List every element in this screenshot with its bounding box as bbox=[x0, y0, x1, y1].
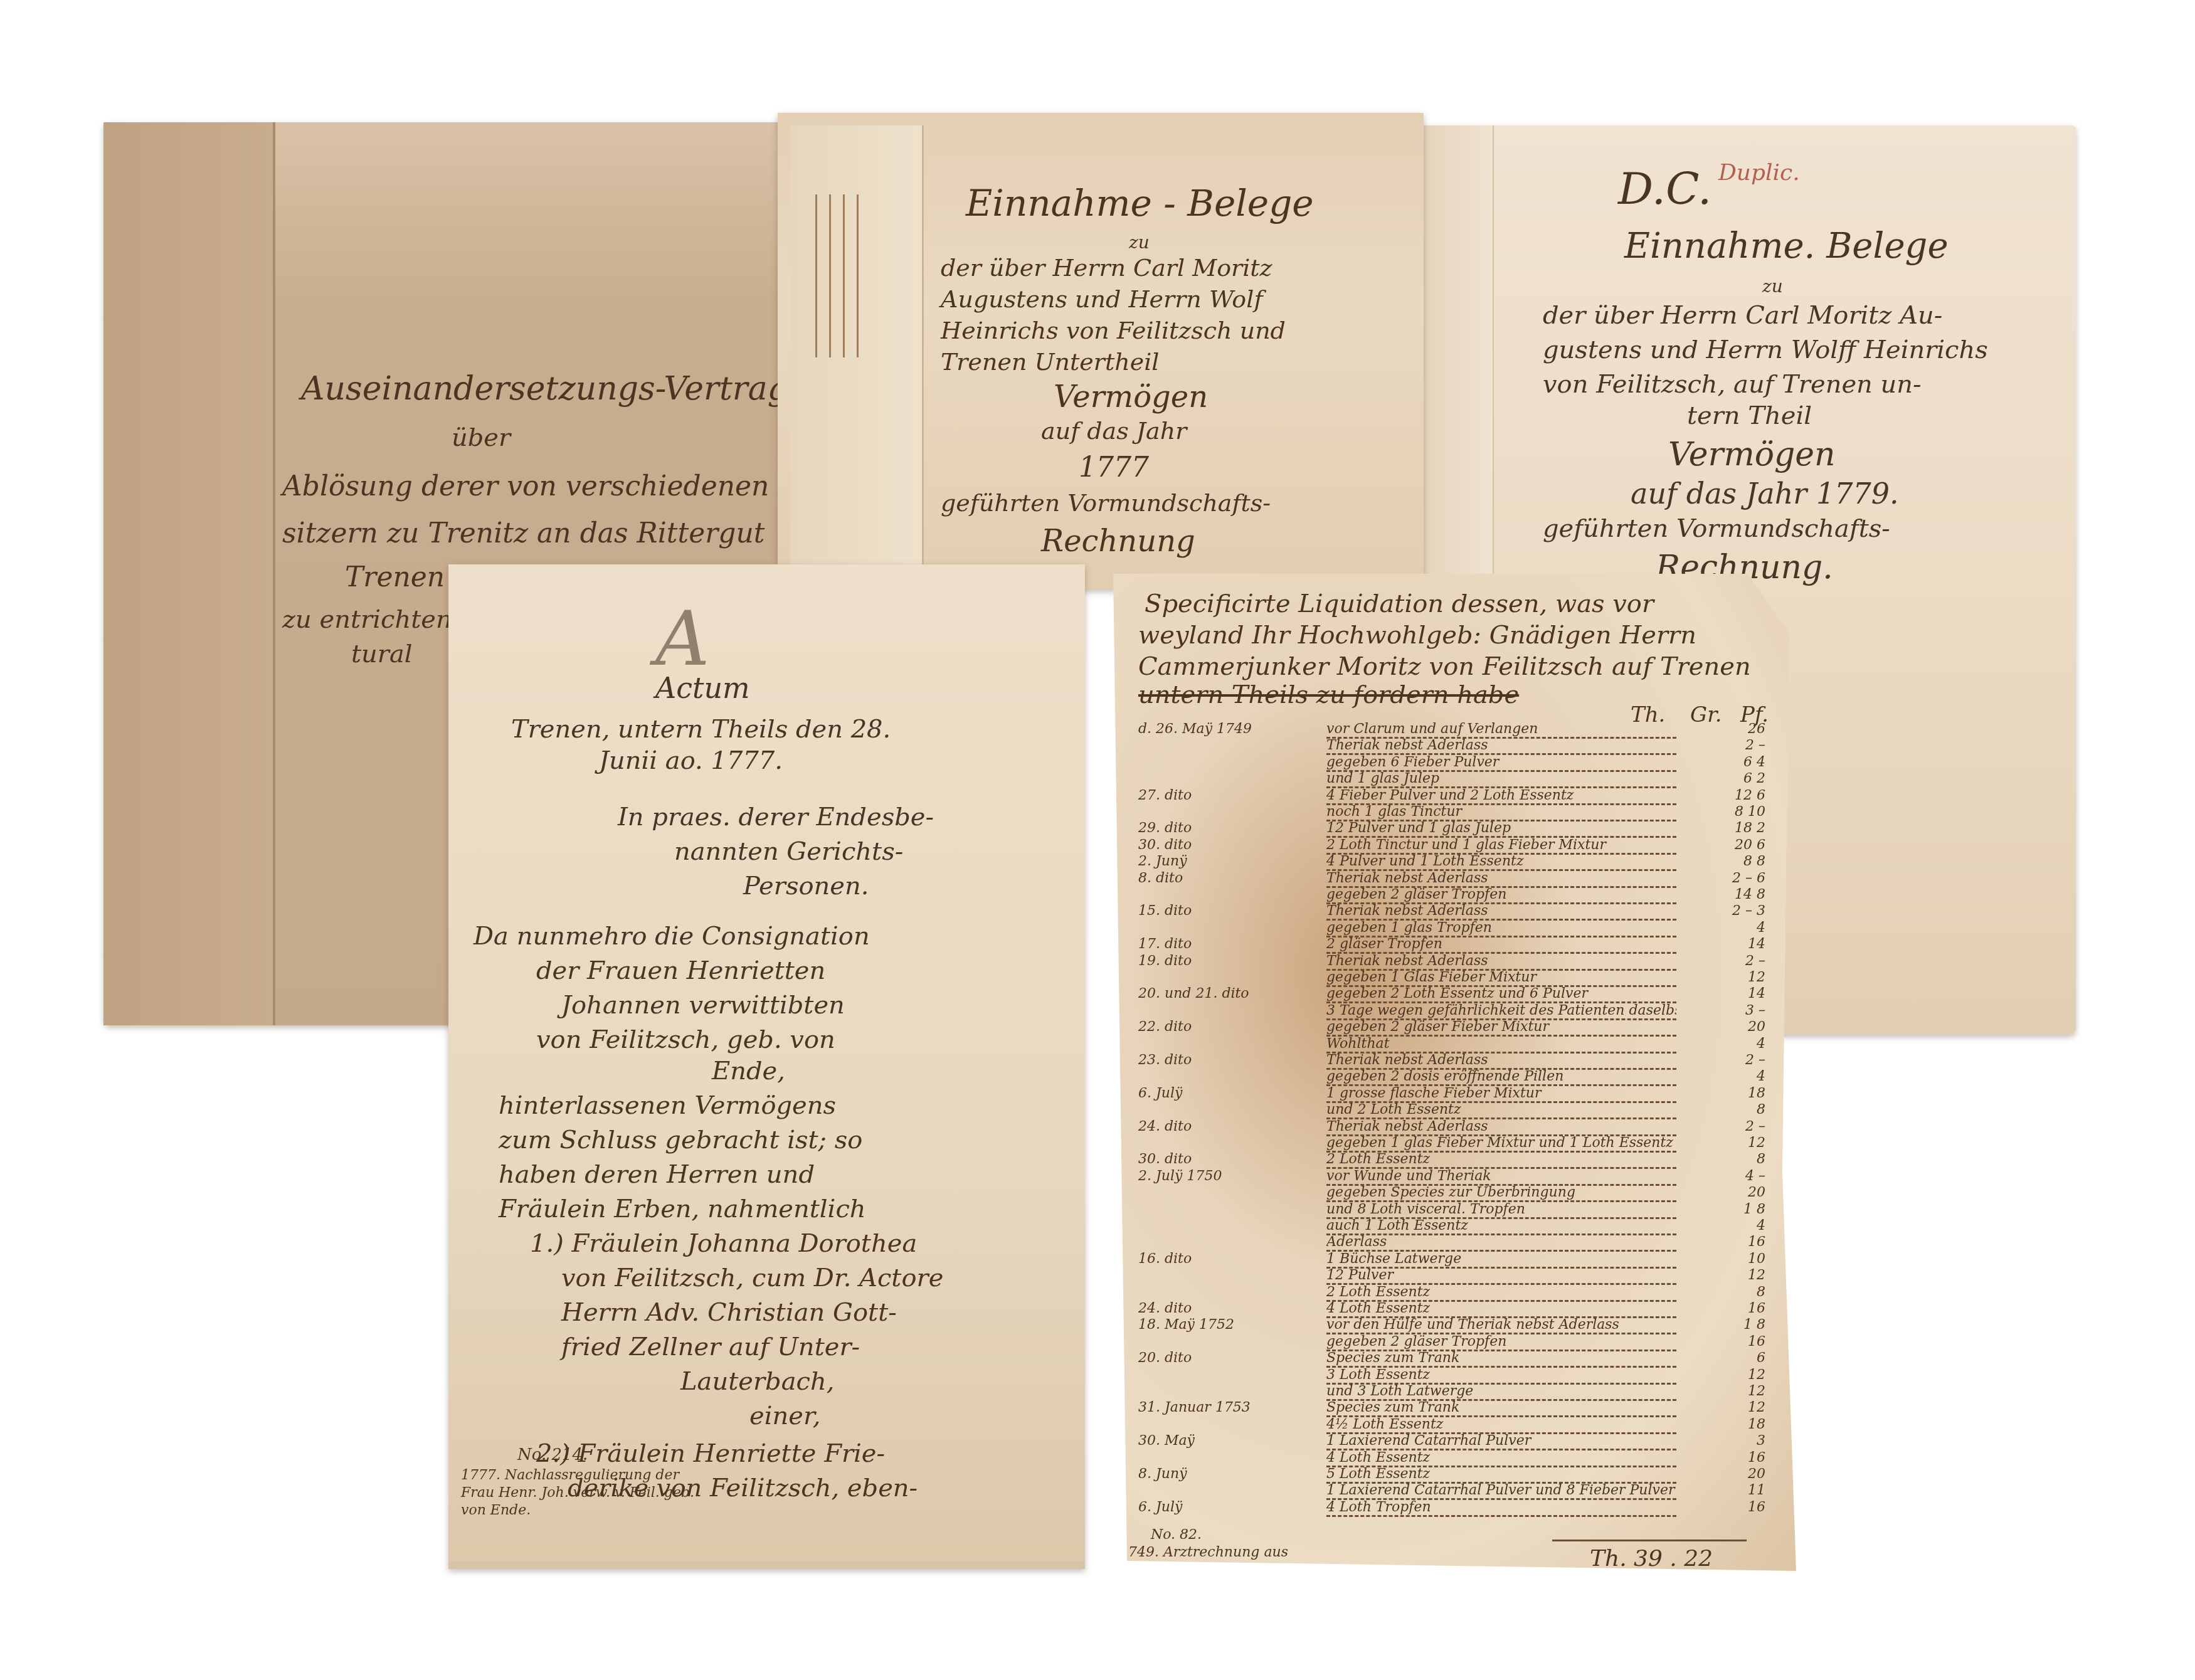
ledger-title-line: Cammerjunker Moritz von Feilitzsch auf T… bbox=[1138, 652, 1751, 681]
ledger-description: vor Clarum und auf Verlangen bbox=[1326, 721, 1676, 739]
document-line: der über Herrn Carl Moritz Au- bbox=[1543, 301, 1942, 330]
archive-note-line: 1777. Nachlassregulierung der bbox=[461, 1467, 679, 1483]
ledger-description: gegeben Species zur Überbringung bbox=[1326, 1185, 1676, 1202]
ledger-date: 22. dito bbox=[1138, 1019, 1326, 1037]
ledger-description: Theriak nebst Aderlass bbox=[1326, 903, 1676, 921]
ledger-date bbox=[1138, 754, 1326, 772]
ledger-row: auch 1 Loth Essentz4 bbox=[1138, 1218, 1765, 1235]
document-line: In praes. derer Endesbe- bbox=[618, 803, 934, 832]
document-line: auf das Jahr 1779. bbox=[1631, 477, 1899, 510]
ledger-description: 4 Loth Essentz bbox=[1326, 1301, 1676, 1318]
ledger-row: 8. Junÿ5 Loth Essentz20 bbox=[1138, 1466, 1765, 1484]
document-line: von Feilitzsch, auf Trenen un- bbox=[1543, 370, 1922, 399]
ledger-amount: 12 bbox=[1684, 1367, 1765, 1385]
document-line: Lauterbach, bbox=[680, 1367, 834, 1396]
ledger-row: noch 1 glas Tinctur8 10 bbox=[1138, 804, 1765, 822]
ledger-date bbox=[1138, 1202, 1326, 1219]
ledger-amount: 12 6 bbox=[1684, 788, 1765, 805]
ledger-row: 6. Julÿ4 Loth Tropfen16 bbox=[1138, 1499, 1765, 1517]
ledger-date bbox=[1138, 771, 1326, 788]
folder-flap bbox=[103, 122, 275, 1025]
archive-note-line: von Ende. bbox=[461, 1503, 531, 1518]
ledger-row: gegeben 6 Fieber Pulver6 4 bbox=[1138, 754, 1765, 772]
ledger-date: 8. Junÿ bbox=[1138, 1466, 1326, 1484]
document-line: hinterlassenen Vermögens bbox=[499, 1091, 836, 1120]
document-line: zu bbox=[1762, 276, 1783, 297]
document-line: Trenen, untern Theils den 28. bbox=[511, 715, 891, 744]
document-line: Vermögen bbox=[1054, 379, 1208, 415]
ledger-row: Wohlthat4 bbox=[1138, 1036, 1765, 1054]
ledger-date: 27. dito bbox=[1138, 788, 1326, 805]
ledger-row: 19. ditoTheriak nebst Aderlass2 – bbox=[1138, 953, 1765, 971]
ledger-row: gegeben 2 gläser Tropfen14 8 bbox=[1138, 887, 1765, 904]
ledger-row: 12 Pulver12 bbox=[1138, 1267, 1765, 1285]
document-line: 1.) Fräulein Johanna Dorothea bbox=[530, 1229, 917, 1258]
ledger-description: 3 Loth Essentz bbox=[1326, 1367, 1676, 1385]
ledger-description: 2 Loth Essentz bbox=[1326, 1284, 1676, 1302]
document-line: Johannen verwittibten bbox=[561, 991, 845, 1020]
ledger-row: 3 Tage wegen gefährlichkeit des Patiente… bbox=[1138, 1003, 1765, 1020]
document-actum-1777: A Actum Trenen, untern Theils den 28. Ju… bbox=[448, 564, 1085, 1569]
ledger-row: 3 Loth Essentz12 bbox=[1138, 1367, 1765, 1385]
ledger-row: 17. dito2 gläser Tropfen14 bbox=[1138, 936, 1765, 954]
ledger-row: 29. dito12 Pulver und 1 glas Julep18 2 bbox=[1138, 820, 1765, 838]
ledger-date bbox=[1138, 1417, 1326, 1434]
ledger-date bbox=[1138, 1003, 1326, 1020]
ledger-description: gegeben 2 dosis eröffnende Pillen bbox=[1326, 1069, 1676, 1086]
ledger-description: 4 Fieber Pulver und 2 Loth Essentz bbox=[1326, 788, 1676, 805]
document-line: Fräulein Erben, nahmentlich bbox=[499, 1195, 866, 1223]
ledger-row: 4 Loth Essentz16 bbox=[1138, 1450, 1765, 1467]
ledger-title-line: Specificirte Liquidation dessen, was vor bbox=[1145, 589, 1654, 618]
ledger-title-line: untern Theils zu fordern habe bbox=[1138, 680, 1519, 709]
document-heading: Actum bbox=[655, 671, 750, 705]
ledger-amount: 16 bbox=[1684, 1301, 1765, 1318]
ledger-amount: 1 8 bbox=[1684, 1317, 1765, 1334]
ledger-row: 4½ Loth Essentz18 bbox=[1138, 1417, 1765, 1434]
ledger-row: 30. Maÿ1 Laxierend Catarrhal Pulver3 bbox=[1138, 1433, 1765, 1450]
ledger-amount: 18 bbox=[1684, 1086, 1765, 1103]
document-line: Da nunmehro die Consignation bbox=[473, 922, 870, 951]
ledger-description: 3 Tage wegen gefährlichkeit des Patiente… bbox=[1326, 1003, 1676, 1020]
ledger-amount: 12 bbox=[1684, 1400, 1765, 1417]
ledger-date bbox=[1138, 1284, 1326, 1302]
ledger-description: 4½ Loth Essentz bbox=[1326, 1417, 1676, 1434]
ledger-description: noch 1 glas Tinctur bbox=[1326, 804, 1676, 822]
document-line: Ende, bbox=[712, 1057, 785, 1086]
ledger-description: 2 Loth Tinctur und 1 glas Fieber Mixtur bbox=[1326, 837, 1676, 855]
ledger-date bbox=[1138, 1234, 1326, 1252]
ledger-amount: 11 bbox=[1684, 1482, 1765, 1500]
ledger-amount: 18 bbox=[1684, 1417, 1765, 1434]
ledger-row: und 3 Loth Latwerge12 bbox=[1138, 1383, 1765, 1401]
ledger-row: gegeben 1 glas Tropfen4 bbox=[1138, 920, 1765, 938]
ledger-amount: 2 – 6 bbox=[1684, 870, 1765, 888]
ledger-row: 2. Junÿ4 Pulver und 1 Loth Essentz8 8 bbox=[1138, 853, 1765, 871]
ledger-amount: 8 10 bbox=[1684, 804, 1765, 822]
ledger-row: 24. dito4 Loth Essentz16 bbox=[1138, 1301, 1765, 1318]
ledger-description: 1 Laxierend Catarrhal Pulver und 8 Fiebe… bbox=[1326, 1482, 1676, 1500]
ledger-description: 1 Laxierend Catarrhal Pulver bbox=[1326, 1433, 1676, 1450]
ledger-amount: 2 – bbox=[1684, 737, 1765, 755]
ledger-amount: 8 bbox=[1684, 1284, 1765, 1302]
document-line: geführten Vormundschafts- bbox=[1543, 514, 1890, 543]
ledger-date: 2. Julÿ 1750 bbox=[1138, 1168, 1326, 1186]
ledger-date: 18. Maÿ 1752 bbox=[1138, 1317, 1326, 1334]
document-einnahme-belege-1777: Einnahme - Belege zu der über Herrn Carl… bbox=[778, 113, 1424, 589]
ledger-row: 8. ditoTheriak nebst Aderlass2 – 6 bbox=[1138, 870, 1765, 888]
document-title: Auseinandersetzungs-Vertrag bbox=[301, 370, 788, 408]
document-line: Rechnung bbox=[1041, 524, 1195, 559]
archive-number: No. 214. bbox=[517, 1445, 588, 1464]
ledger-description: und 2 Loth Essentz bbox=[1326, 1102, 1676, 1119]
ledger-amount: 4 bbox=[1684, 1218, 1765, 1235]
ledger-date: 2. Junÿ bbox=[1138, 853, 1326, 871]
ledger-row: 22. ditogegeben 2 gläser Fieber Mixtur20 bbox=[1138, 1019, 1765, 1037]
ledger-description: gegeben 1 Glas Fieber Mixtur bbox=[1326, 969, 1676, 987]
ledger-amount: 2 – 3 bbox=[1684, 903, 1765, 921]
ledger-description: und 1 glas Julep bbox=[1326, 771, 1676, 788]
ledger-date: 29. dito bbox=[1138, 820, 1326, 838]
ledger-row: 6. Julÿ1 grosse flasche Fieber Mixtur18 bbox=[1138, 1086, 1765, 1103]
ledger-description: 1 Büchse Latwerge bbox=[1326, 1251, 1676, 1269]
ledger-amount: 20 bbox=[1684, 1185, 1765, 1202]
ledger-date bbox=[1138, 1069, 1326, 1086]
ledger-description: Wohlthat bbox=[1326, 1036, 1676, 1054]
ledger-date: 17. dito bbox=[1138, 936, 1326, 954]
folded-spine bbox=[790, 125, 924, 583]
ledger-amount: 14 8 bbox=[1684, 887, 1765, 904]
ledger-date: d. 26. Maÿ 1749 bbox=[1138, 721, 1326, 739]
ledger-description: 4 Loth Essentz bbox=[1326, 1450, 1676, 1467]
document-line: von Feilitzsch, cum Dr. Actore bbox=[561, 1264, 943, 1292]
ledger-date: 20. dito bbox=[1138, 1350, 1326, 1368]
ledger-row: 1 Laxierend Catarrhal Pulver und 8 Fiebe… bbox=[1138, 1482, 1765, 1500]
ledger-row: 23. ditoTheriak nebst Aderlass2 – bbox=[1138, 1052, 1765, 1070]
ledger-row: und 8 Loth visceral. Tropfen1 8 bbox=[1138, 1202, 1765, 1219]
ledger-description: Theriak nebst Aderlass bbox=[1326, 1119, 1676, 1136]
ledger-date: 24. dito bbox=[1138, 1301, 1326, 1318]
ledger-description: und 8 Loth visceral. Tropfen bbox=[1326, 1202, 1676, 1219]
monogram: D.C. bbox=[1618, 163, 1711, 214]
ledger-row: 24. ditoTheriak nebst Aderlass2 – bbox=[1138, 1119, 1765, 1136]
ledger-date bbox=[1138, 1218, 1326, 1235]
ledger-date bbox=[1138, 1367, 1326, 1385]
ledger-description: 2 gläser Tropfen bbox=[1326, 936, 1676, 954]
archive-number: No. 82. bbox=[1151, 1527, 1202, 1543]
ledger-row: d. 26. Maÿ 1749vor Clarum und auf Verlan… bbox=[1138, 721, 1765, 739]
document-line: Junii ao. 1777. bbox=[599, 746, 783, 775]
ledger-description: 1 grosse flasche Fieber Mixtur bbox=[1326, 1086, 1676, 1103]
document-line: zum Schluss gebracht ist; so bbox=[499, 1126, 862, 1154]
ledger-amount: 16 bbox=[1684, 1334, 1765, 1351]
ledger-description: gegeben 2 gläser Fieber Mixtur bbox=[1326, 1019, 1676, 1037]
ledger-description: gegeben 1 glas Tropfen bbox=[1326, 920, 1676, 938]
ledger-amount: 2 – bbox=[1684, 1052, 1765, 1070]
ledger-row: 30. dito2 Loth Tinctur und 1 glas Fieber… bbox=[1138, 837, 1765, 855]
document-heading: Einnahme - Belege bbox=[966, 182, 1314, 225]
ledger-row: 31. Januar 1753Species zum Trank12 bbox=[1138, 1400, 1765, 1417]
ledger-row: 30. dito2 Loth Essentz8 bbox=[1138, 1151, 1765, 1169]
ledger-date bbox=[1138, 969, 1326, 987]
document-line: nannten Gerichts- bbox=[674, 837, 903, 866]
ledger-date: 30. dito bbox=[1138, 1151, 1326, 1169]
ledger-amount: 16 bbox=[1684, 1450, 1765, 1467]
document-line: der über Herrn Carl Moritz bbox=[941, 254, 1272, 282]
document-line: Personen. bbox=[743, 872, 869, 901]
ledger-amount: 2 – bbox=[1684, 1119, 1765, 1136]
ledger-date: 30. dito bbox=[1138, 837, 1326, 855]
ledger-row: 18. Maÿ 1752vor den Hülfe und Theriak ne… bbox=[1138, 1317, 1765, 1334]
ledger-row: und 1 glas Julep6 2 bbox=[1138, 771, 1765, 788]
ledger-row: 20. und 21. ditogegeben 2 Loth Essentz u… bbox=[1138, 986, 1765, 1003]
ledger-date: 6. Julÿ bbox=[1138, 1499, 1326, 1517]
ledger-row: 20. ditoSpecies zum Trank6 bbox=[1138, 1350, 1765, 1368]
ledger-description: Theriak nebst Aderlass bbox=[1326, 953, 1676, 971]
ledger-amount: 6 2 bbox=[1684, 771, 1765, 788]
document-specificirte-liquidation: Specificirte Liquidation dessen, was vor… bbox=[1113, 574, 1803, 1571]
document-line: haben deren Herren und bbox=[499, 1160, 815, 1189]
ledger-date: 19. dito bbox=[1138, 953, 1326, 971]
ledger-description: Species zum Trank bbox=[1326, 1400, 1676, 1417]
ledger-date bbox=[1138, 920, 1326, 938]
ledger-date bbox=[1138, 1267, 1326, 1285]
ledger-date: 8. dito bbox=[1138, 870, 1326, 888]
document-line: über bbox=[452, 423, 510, 452]
ledger-row: 2. Julÿ 1750vor Wunde und Theriak4 – bbox=[1138, 1168, 1765, 1186]
ledger-description: 2 Loth Essentz bbox=[1326, 1151, 1676, 1169]
ledger-row: 2 Loth Essentz8 bbox=[1138, 1284, 1765, 1302]
ledger-date bbox=[1138, 804, 1326, 822]
ledger-row: und 2 Loth Essentz8 bbox=[1138, 1102, 1765, 1119]
ledger-description: Theriak nebst Aderlass bbox=[1326, 1052, 1676, 1070]
archive-note-line: Frau Henr. Joh. verw. v. Feil. geb. bbox=[461, 1485, 694, 1501]
ledger-description: Theriak nebst Aderlass bbox=[1326, 737, 1676, 755]
ledger-amount: 12 bbox=[1684, 1267, 1765, 1285]
document-line: tural bbox=[351, 640, 413, 668]
ledger-date bbox=[1138, 1334, 1326, 1351]
ledger-amount: 16 bbox=[1684, 1499, 1765, 1517]
ledger-description: 12 Pulver und 1 glas Julep bbox=[1326, 820, 1676, 838]
ledger-date bbox=[1138, 1185, 1326, 1202]
ledger-amount: 10 bbox=[1684, 1251, 1765, 1269]
ledger-date bbox=[1138, 887, 1326, 904]
ledger-amount: 8 bbox=[1684, 1151, 1765, 1169]
document-line: zu bbox=[1129, 232, 1150, 253]
ledger-amount: 4 bbox=[1684, 1069, 1765, 1086]
document-heading: Einnahme. Belege bbox=[1624, 226, 1949, 267]
document-line: Augustens und Herrn Wolf bbox=[941, 285, 1262, 313]
ledger-amount: 20 bbox=[1684, 1466, 1765, 1484]
ledger-date bbox=[1138, 1482, 1326, 1500]
document-line: einer, bbox=[749, 1402, 820, 1430]
ledger-date bbox=[1138, 1135, 1326, 1153]
ledger-description: Species zum Trank bbox=[1326, 1350, 1676, 1368]
ledger-date bbox=[1138, 1450, 1326, 1467]
flourish-initial: A bbox=[655, 596, 710, 683]
ledger-date bbox=[1138, 737, 1326, 755]
ledger-amount: 4 – bbox=[1684, 1168, 1765, 1186]
ledger-date: 16. dito bbox=[1138, 1251, 1326, 1269]
ledger-amount: 4 bbox=[1684, 920, 1765, 938]
ledger-row: Aderlass16 bbox=[1138, 1234, 1765, 1252]
ledger-row: Theriak nebst Aderlass2 – bbox=[1138, 737, 1765, 755]
ledger-amount: 12 bbox=[1684, 1383, 1765, 1401]
archive-note-line: Oberau a. Weida. bbox=[1126, 1562, 1246, 1578]
ledger-date: 23. dito bbox=[1138, 1052, 1326, 1070]
ledger-row: gegeben 2 dosis eröffnende Pillen4 bbox=[1138, 1069, 1765, 1086]
ledger-amount: 26 bbox=[1684, 721, 1765, 739]
ledger-description: 5 Loth Essentz bbox=[1326, 1466, 1676, 1484]
document-line: geführten Vormundschafts- bbox=[941, 489, 1271, 517]
ledger-description: gegeben 1 glas Fieber Mixtur und 1 Loth … bbox=[1326, 1135, 1676, 1153]
ledger-amount: 16 bbox=[1684, 1234, 1765, 1252]
total-rule bbox=[1552, 1540, 1747, 1541]
ledger-amount: 6 bbox=[1684, 1350, 1765, 1368]
ledger-description: gegeben 2 gläser Tropfen bbox=[1326, 887, 1676, 904]
ledger-amount: 6 4 bbox=[1684, 754, 1765, 772]
ledger-amount: 12 bbox=[1684, 969, 1765, 987]
ledger-amount: 1 8 bbox=[1684, 1202, 1765, 1219]
ledger-description: vor den Hülfe und Theriak nebst Aderlass bbox=[1326, 1317, 1676, 1334]
ledger-date bbox=[1138, 1036, 1326, 1054]
ledger-amount: 2 – bbox=[1684, 953, 1765, 971]
ledger-row: 27. dito4 Fieber Pulver und 2 Loth Essen… bbox=[1138, 788, 1765, 805]
ledger-amount: 4 bbox=[1684, 1036, 1765, 1054]
ledger-description: Theriak nebst Aderlass bbox=[1326, 870, 1676, 888]
ledger-row: gegeben Species zur Überbringung20 bbox=[1138, 1185, 1765, 1202]
ledger-row: gegeben 2 gläser Tropfen16 bbox=[1138, 1334, 1765, 1351]
ledger-row: 16. dito1 Büchse Latwerge10 bbox=[1138, 1251, 1765, 1269]
ledger-total: Th. 39 . 22 bbox=[1590, 1546, 1713, 1572]
ledger-description: gegeben 2 gläser Tropfen bbox=[1326, 1334, 1676, 1351]
document-line: gustens und Herrn Wolff Heinrichs bbox=[1543, 335, 1988, 364]
ledger-description: 4 Loth Tropfen bbox=[1326, 1499, 1676, 1517]
ledger-amount: 3 – bbox=[1684, 1003, 1765, 1020]
ledger-description: 4 Pulver und 1 Loth Essentz bbox=[1326, 853, 1676, 871]
document-line: tern Theil bbox=[1687, 401, 1812, 430]
document-line: Vermögen bbox=[1668, 436, 1836, 473]
ledger-date: 6. Julÿ bbox=[1138, 1086, 1326, 1103]
ledger-description: und 3 Loth Latwerge bbox=[1326, 1383, 1676, 1401]
ledger-row: gegeben 1 glas Fieber Mixtur und 1 Loth … bbox=[1138, 1135, 1765, 1153]
ledger-date: 30. Maÿ bbox=[1138, 1433, 1326, 1450]
ledger-date: 31. Januar 1753 bbox=[1138, 1400, 1326, 1417]
ledger-amount: 14 bbox=[1684, 936, 1765, 954]
document-line: der Frauen Henrietten bbox=[536, 956, 825, 985]
document-line: Heinrichs von Feilitzsch und bbox=[941, 317, 1286, 344]
ledger-amount: 20 6 bbox=[1684, 837, 1765, 855]
ledger-amount: 18 2 bbox=[1684, 820, 1765, 838]
ledger-title-line: weyland Ihr Hochwohlgeb: Gnädigen Herrn bbox=[1138, 621, 1696, 650]
document-line: Trenen Untertheil bbox=[941, 348, 1159, 376]
ledger-description: gegeben 6 Fieber Pulver bbox=[1326, 754, 1676, 772]
ledger-amount: 8 bbox=[1684, 1102, 1765, 1119]
ledger-description: vor Wunde und Theriak bbox=[1326, 1168, 1676, 1186]
ledger-amount: 20 bbox=[1684, 1019, 1765, 1037]
ledger-amount: 3 bbox=[1684, 1433, 1765, 1450]
ledger-amount: 12 bbox=[1684, 1135, 1765, 1153]
document-year: 1777 bbox=[1079, 452, 1149, 483]
ledger-description: Aderlass bbox=[1326, 1234, 1676, 1252]
ledger-date bbox=[1138, 1102, 1326, 1119]
ledger-row: gegeben 1 Glas Fieber Mixtur12 bbox=[1138, 969, 1765, 987]
document-line: von Feilitzsch, geb. von bbox=[536, 1025, 835, 1054]
ledger-date: 24. dito bbox=[1138, 1119, 1326, 1136]
document-line: 2.) Fräulein Henriette Frie- bbox=[536, 1439, 885, 1468]
ledger-amount: 14 bbox=[1684, 986, 1765, 1003]
ledger-date bbox=[1138, 1383, 1326, 1401]
ledger-row: 15. ditoTheriak nebst Aderlass2 – 3 bbox=[1138, 903, 1765, 921]
archive-note-line: 1749. Arztrechnung aus bbox=[1119, 1545, 1288, 1560]
document-line: sitzern zu Trenitz an das Rittergut bbox=[282, 517, 764, 549]
red-ink-note: Duplic. bbox=[1718, 160, 1800, 186]
ledger-amount: 8 8 bbox=[1684, 853, 1765, 871]
document-line: fried Zellner auf Unter- bbox=[561, 1333, 860, 1361]
document-line: Herrn Adv. Christian Gott- bbox=[561, 1298, 897, 1327]
ledger-description: gegeben 2 Loth Essentz und 6 Pulver bbox=[1326, 986, 1676, 1003]
ledger-description: 12 Pulver bbox=[1326, 1267, 1676, 1285]
document-line: auf das Jahr bbox=[1041, 417, 1187, 445]
ledger-date: 20. und 21. dito bbox=[1138, 986, 1326, 1003]
ledger-date: 15. dito bbox=[1138, 903, 1326, 921]
ledger-description: auch 1 Loth Essentz bbox=[1326, 1218, 1676, 1235]
